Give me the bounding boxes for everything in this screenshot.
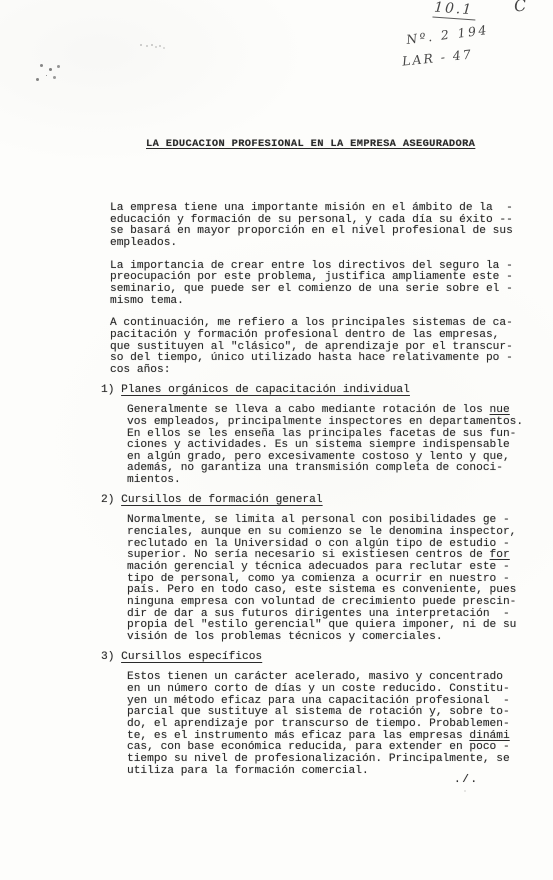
continuation-mark: ./.	[454, 774, 479, 786]
section-heading: 1) Planes orgánicos de capacitación indi…	[101, 385, 540, 397]
section-number: 1)	[101, 384, 114, 396]
section-paragraph: Normalmente, se limita al personal con p…	[127, 515, 540, 643]
document-title: LA EDUCACION PROFESIONAL EN LA EMPRESA A…	[146, 138, 475, 150]
section-title: Cursillos de formación general	[121, 494, 322, 506]
document-body: La empresa tiene una importante misión e…	[110, 203, 540, 777]
handwritten-reference-number: Nº. 2 194	[405, 22, 489, 47]
paragraph: La empresa tiene una importante misión e…	[110, 203, 540, 250]
paragraph: La importancia de crear entre los direct…	[110, 261, 540, 308]
section-paragraph: Estos tienen un carácter acelerado, masi…	[127, 672, 540, 777]
section-number: 2)	[101, 494, 114, 506]
handwritten-letter: C	[513, 0, 527, 16]
pencil-smudge	[140, 44, 142, 46]
handwritten-index-number: 10.1	[432, 0, 476, 20]
section-paragraph: Generalmente se lleva a cabo mediante ro…	[127, 405, 540, 487]
section-number: 3)	[101, 651, 114, 663]
scanned-page: 10.1 C Nº. 2 194 LAR - 47 LA EDUCACION P…	[0, 0, 553, 880]
paragraph: A continuación, me refiero a los princip…	[110, 318, 540, 376]
scan-speck	[464, 790, 466, 792]
section-heading: 3) Cursillos específicos	[101, 652, 540, 664]
section-heading: 2) Cursillos de formación general	[101, 495, 540, 507]
section-title: Planes orgánicos de capacitación individ…	[121, 384, 410, 396]
section-title: Cursillos específicos	[121, 651, 262, 663]
handwritten-reference-code: LAR - 47	[401, 46, 473, 68]
pencil-smudge	[40, 64, 43, 67]
